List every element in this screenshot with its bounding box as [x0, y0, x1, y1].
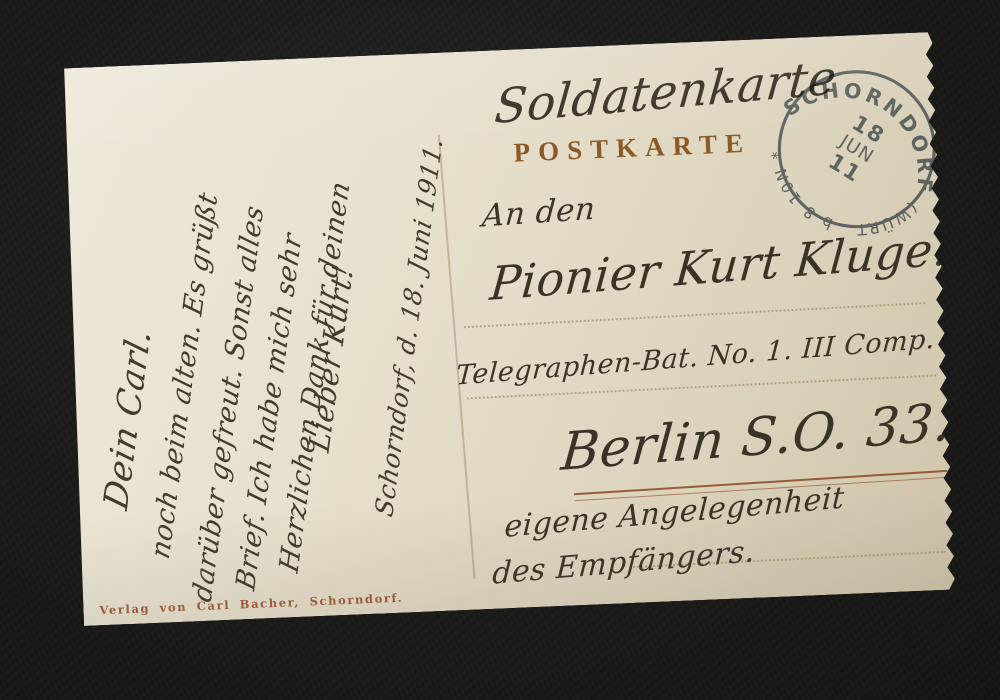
card-divider-line: [438, 135, 475, 580]
address-unit: Telegraphen-Bat. No. 1. III Comp.: [455, 324, 936, 392]
message-line: Schorndorf, d. 18. Juni 1911.: [370, 134, 449, 520]
printed-postkarte-title: POSTKARTE: [513, 128, 752, 169]
address-city: Berlin S.O. 33.: [559, 392, 953, 482]
postcard: POSTKARTE Soldatenkarte Schorndorf, d. 1…: [61, 32, 956, 626]
address-salutation: An den: [481, 191, 597, 235]
publisher-imprint: Verlag von Carl Bacher, Schorndorf.: [99, 591, 403, 618]
message-signature: Dein Carl.: [97, 324, 160, 513]
address-note-line2: des Empfängers.: [491, 534, 755, 592]
